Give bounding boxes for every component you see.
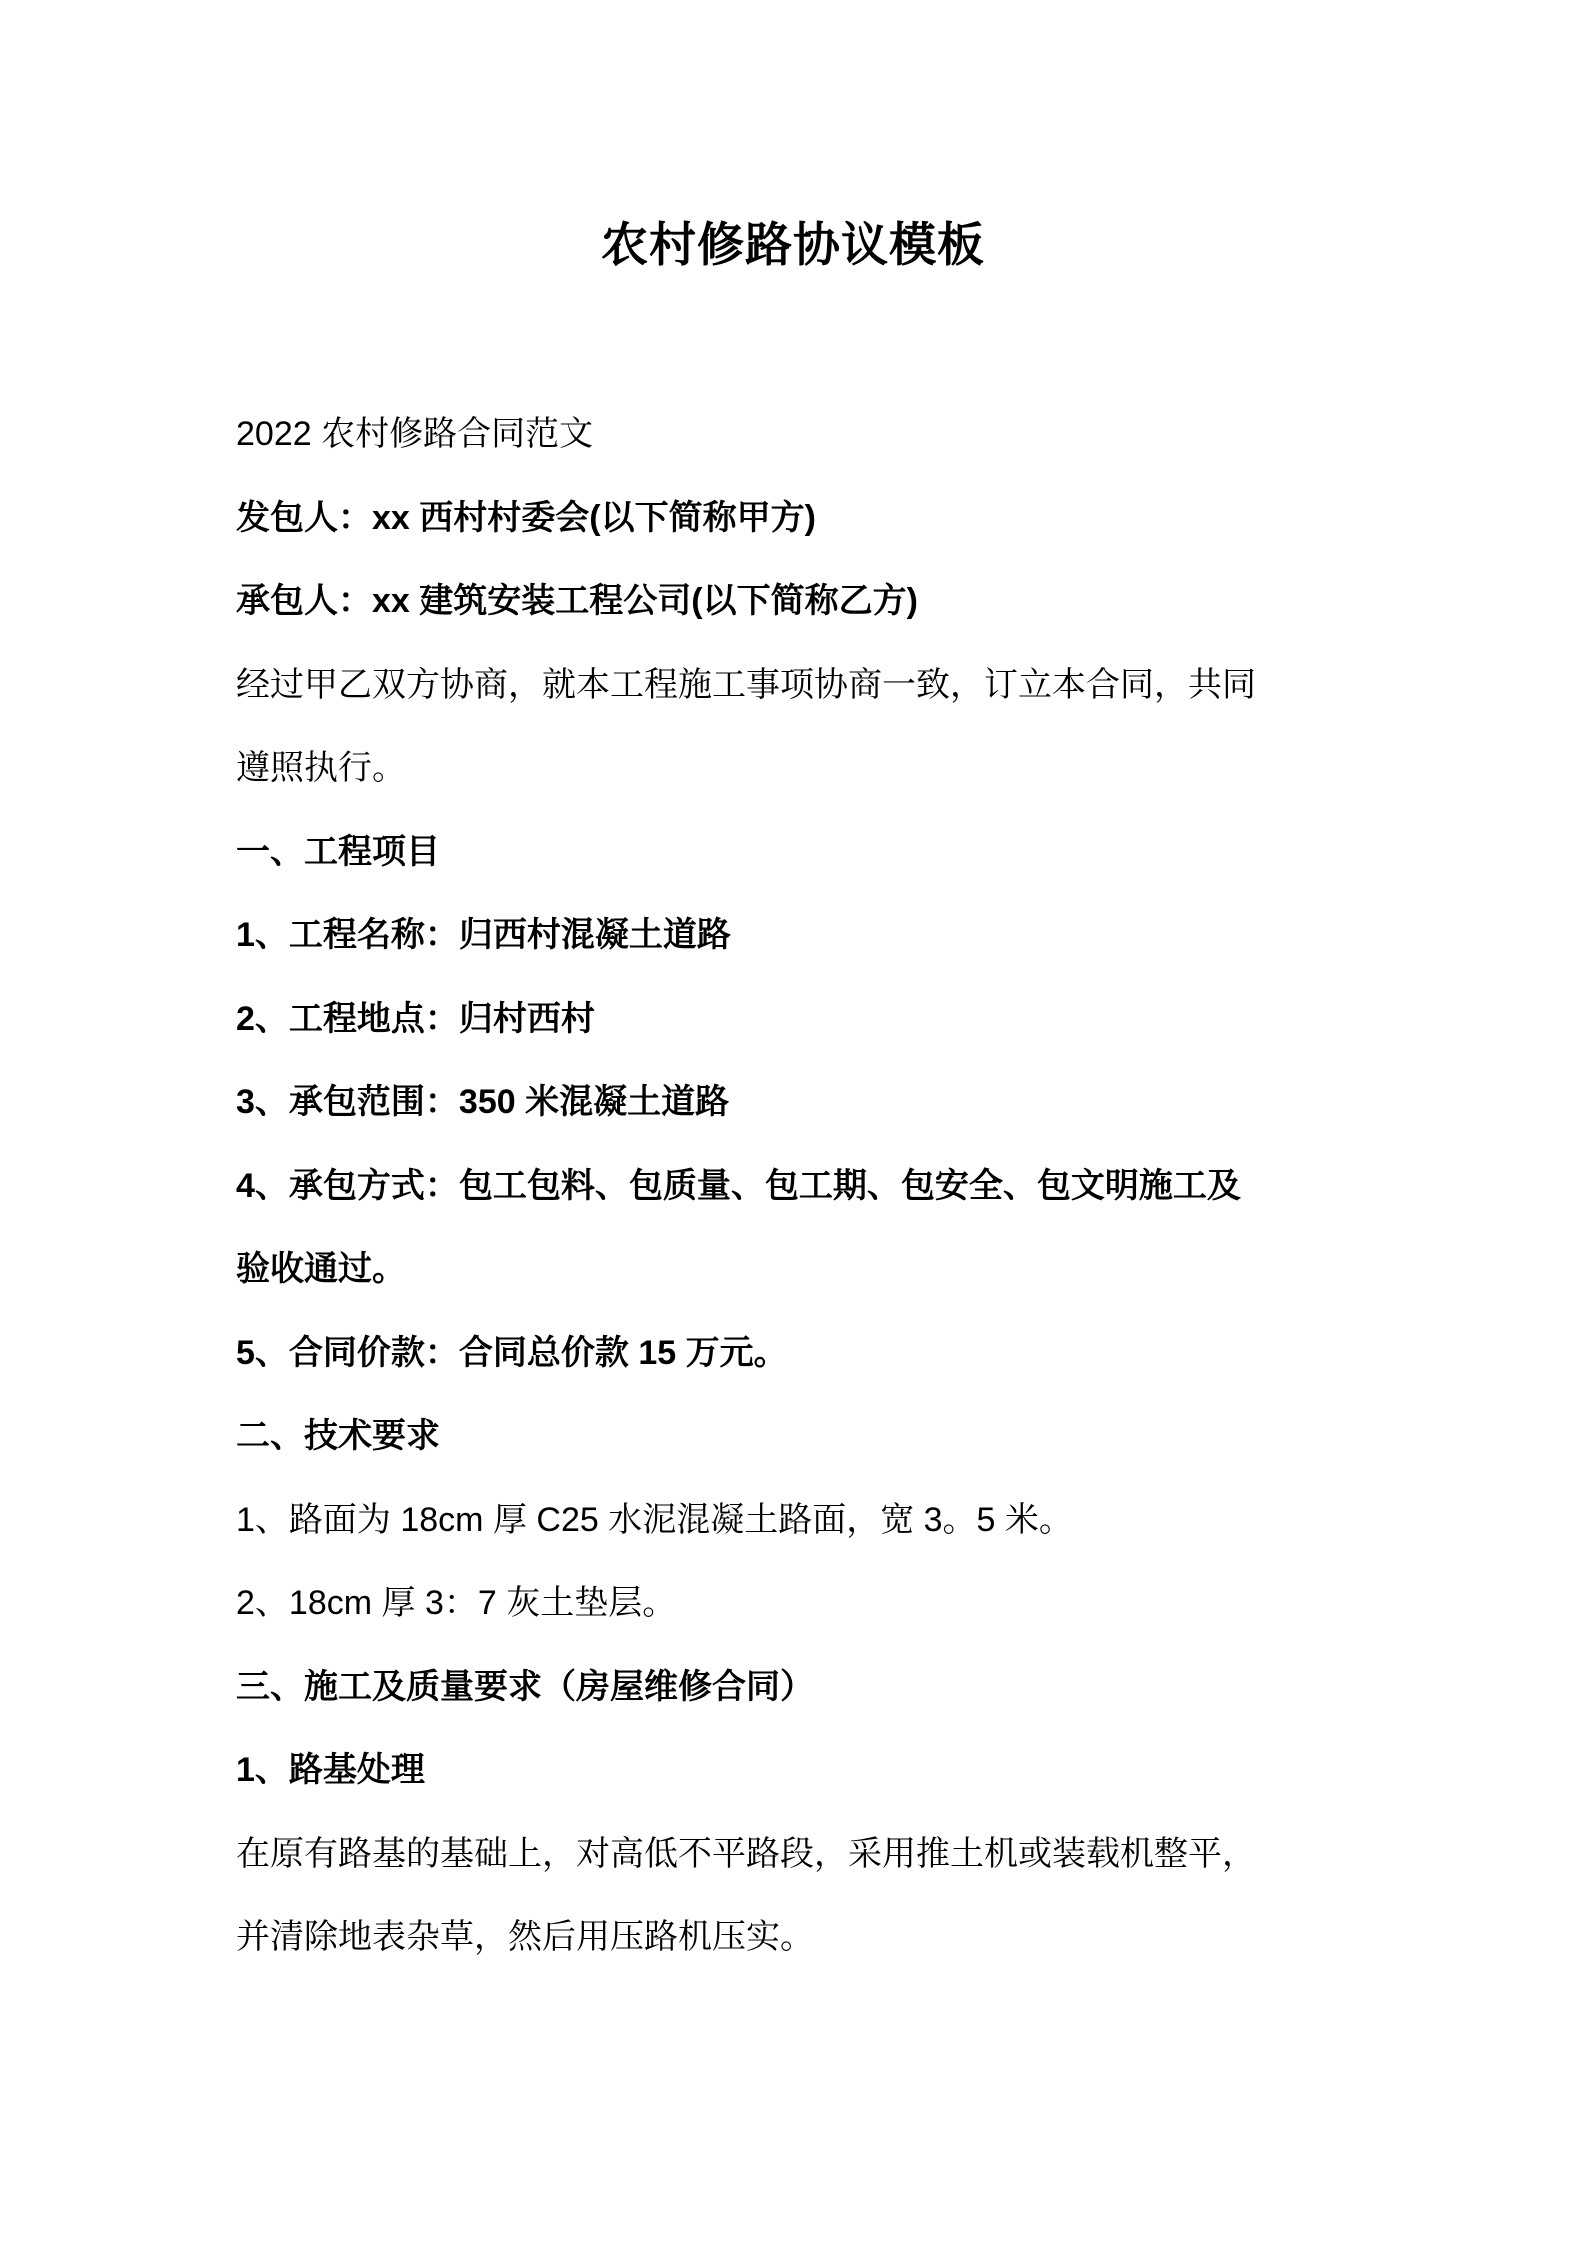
document-line: 3、承包范围：350 米混凝土道路: [236, 1061, 1416, 1145]
document-line: 一、工程项目: [236, 811, 1416, 895]
document-line: 三、施工及质量要求（房屋维修合同）: [236, 1646, 1416, 1730]
document-line: 验收通过。: [236, 1228, 1416, 1312]
document-line: 2022 农村修路合同范文: [236, 393, 1416, 477]
document-line: 经过甲乙双方协商，就本工程施工事项协商一致，订立本合同，共同: [236, 644, 1416, 728]
document-line: 4、承包方式：包工包料、包质量、包工期、包安全、包文明施工及: [236, 1145, 1416, 1229]
document-line: 1、路面为 18cm 厚 C25 水泥混凝土路面，宽 3。5 米。: [236, 1479, 1416, 1563]
document-line: 承包人：xx 建筑安装工程公司(以下简称乙方): [236, 560, 1416, 644]
document-line: 2、工程地点：归村西村: [236, 978, 1416, 1062]
document-line: 2、18cm 厚 3：7 灰土垫层。: [236, 1562, 1416, 1646]
document-line: 1、路基处理: [236, 1729, 1416, 1813]
document-body: 2022 农村修路合同范文发包人：xx 西村村委会(以下简称甲方)承包人：xx …: [236, 393, 1416, 1980]
document-line: 1、工程名称：归西村混凝土道路: [236, 894, 1416, 978]
document-line: 发包人：xx 西村村委会(以下简称甲方): [236, 477, 1416, 561]
document-line: 并清除地表杂草，然后用压路机压实。: [236, 1896, 1416, 1980]
document-line: 遵照执行。: [236, 727, 1416, 811]
document-line: 二、技术要求: [236, 1395, 1416, 1479]
document-line: 5、合同价款：合同总价款 15 万元。: [236, 1312, 1416, 1396]
document-page: 农村修路协议模板 2022 农村修路合同范文发包人：xx 西村村委会(以下简称甲…: [0, 0, 1586, 2244]
document-title: 农村修路协议模板: [0, 218, 1586, 272]
document-line: 在原有路基的基础上，对高低不平路段，采用推土机或装载机整平，: [236, 1813, 1416, 1897]
